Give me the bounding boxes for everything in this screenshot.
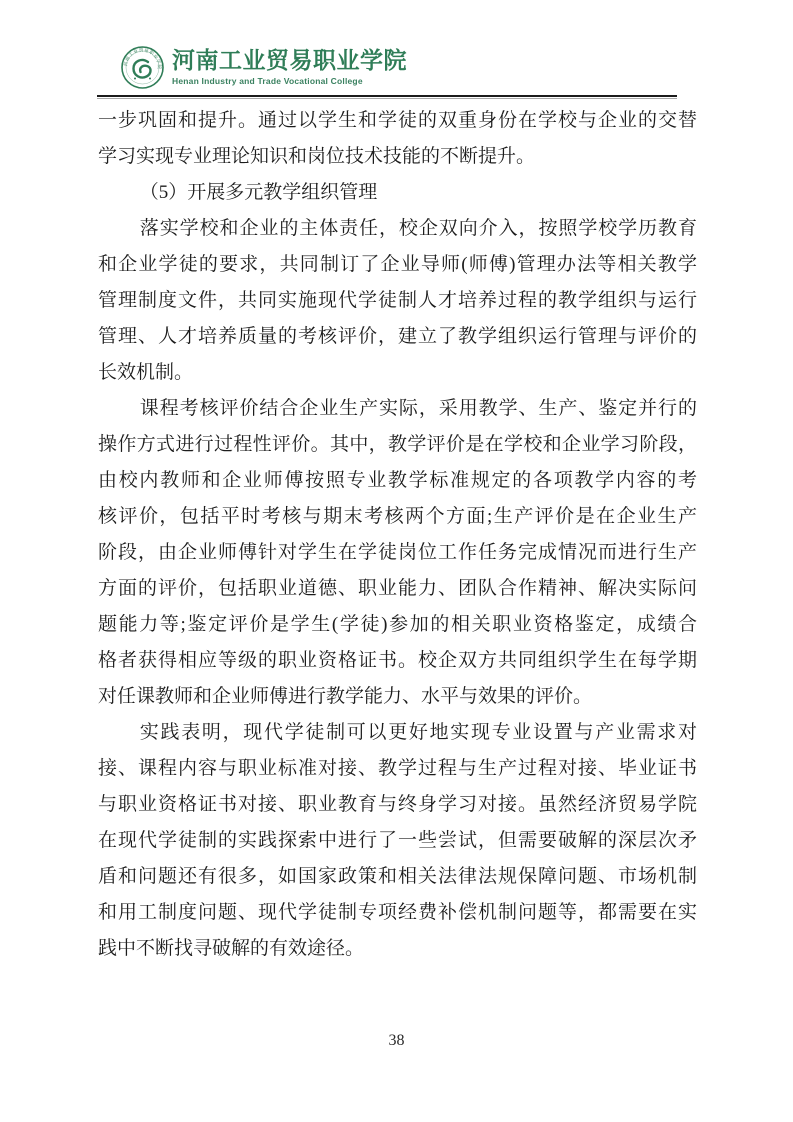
header-titles: 河南工业贸易职业学院 Henan Industry and Trade Voca…: [172, 45, 407, 86]
text-line: 课程考核评价结合企业生产实际，采用教学、生产、鉴定并行的: [98, 391, 697, 427]
text-line: 由校内教师和企业师傅按照专业教学标准规定的各项教学内容的考: [98, 463, 697, 499]
text-line: 在现代学徒制的实践探索中进行了一些尝试，但需要破解的深层次矛: [98, 823, 697, 859]
college-name-chinese: 河南工业贸易职业学院: [172, 48, 407, 74]
text-line: 方面的评价，包括职业道德、职业能力、团队合作精神、解决实际问: [98, 571, 697, 607]
text-line: 操作方式进行过程性评价。其中，教学评价是在学校和企业学习阶段，: [98, 427, 697, 463]
header-rule: [97, 95, 677, 99]
text-line: 格者获得相应等级的职业资格证书。校企双方共同组织学生在每学期: [98, 643, 697, 679]
text-line: 题能力等;鉴定评价是学生(学徒)参加的相关职业资格鉴定，成绩合: [98, 607, 697, 643]
text-line: 和用工制度问题、现代学徒制专项经费补偿机制问题等，都需要在实: [98, 895, 697, 931]
text-line: 一步巩固和提升。通过以学生和学徒的双重身份在学校与企业的交替: [98, 103, 697, 139]
college-name-english: Henan Industry and Trade Vocational Coll…: [172, 76, 407, 86]
text-line: 管理、人才培养质量的考核评价，建立了教学组织运行管理与评价的: [98, 319, 697, 355]
document-body: 一步巩固和提升。通过以学生和学徒的双重身份在学校与企业的交替学习实现专业理论知识…: [98, 103, 697, 967]
text-line: 实践表明，现代学徒制可以更好地实现专业设置与产业需求对: [98, 715, 697, 751]
page-number: 38: [389, 1032, 405, 1049]
text-line: 学习实现专业理论知识和岗位技术技能的不断提升。: [98, 139, 697, 175]
text-line: （5）开展多元教学组织管理: [98, 175, 697, 211]
text-line: 落实学校和企业的主体责任，校企双向介入，按照学校学历教育: [98, 211, 697, 247]
college-seal-icon: 河南工业贸易职业学院: [120, 45, 165, 90]
text-line: 接、课程内容与职业标准对接、教学过程与生产过程对接、毕业证书: [98, 751, 697, 787]
text-line: 与职业资格证书对接、职业教育与终身学习对接。虽然经济贸易学院: [98, 787, 697, 823]
page-header: 河南工业贸易职业学院 河南工业贸易职业学院 Henan Industry and…: [120, 45, 407, 90]
text-line: 对任课教师和企业师傅进行教学能力、水平与效果的评价。: [98, 679, 697, 715]
text-line: 阶段，由企业师傅针对学生在学徒岗位工作任务完成情况而进行生产: [98, 535, 697, 571]
document-page: 河南工业贸易职业学院 河南工业贸易职业学院 Henan Industry and…: [0, 0, 793, 1122]
text-line: 践中不断找寻破解的有效途径。: [98, 931, 697, 967]
text-line: 核评价，包括平时考核与期末考核两个方面;生产评价是在企业生产: [98, 499, 697, 535]
text-line: 和企业学徒的要求，共同制订了企业导师(师傅)管理办法等相关教学: [98, 247, 697, 283]
text-line: 长效机制。: [98, 355, 697, 391]
text-line: 管理制度文件，共同实施现代学徒制人才培养过程的教学组织与运行: [98, 283, 697, 319]
text-line: 盾和问题还有很多，如国家政策和相关法律法规保障问题、市场机制: [98, 859, 697, 895]
page-footer: 38: [0, 1032, 793, 1050]
